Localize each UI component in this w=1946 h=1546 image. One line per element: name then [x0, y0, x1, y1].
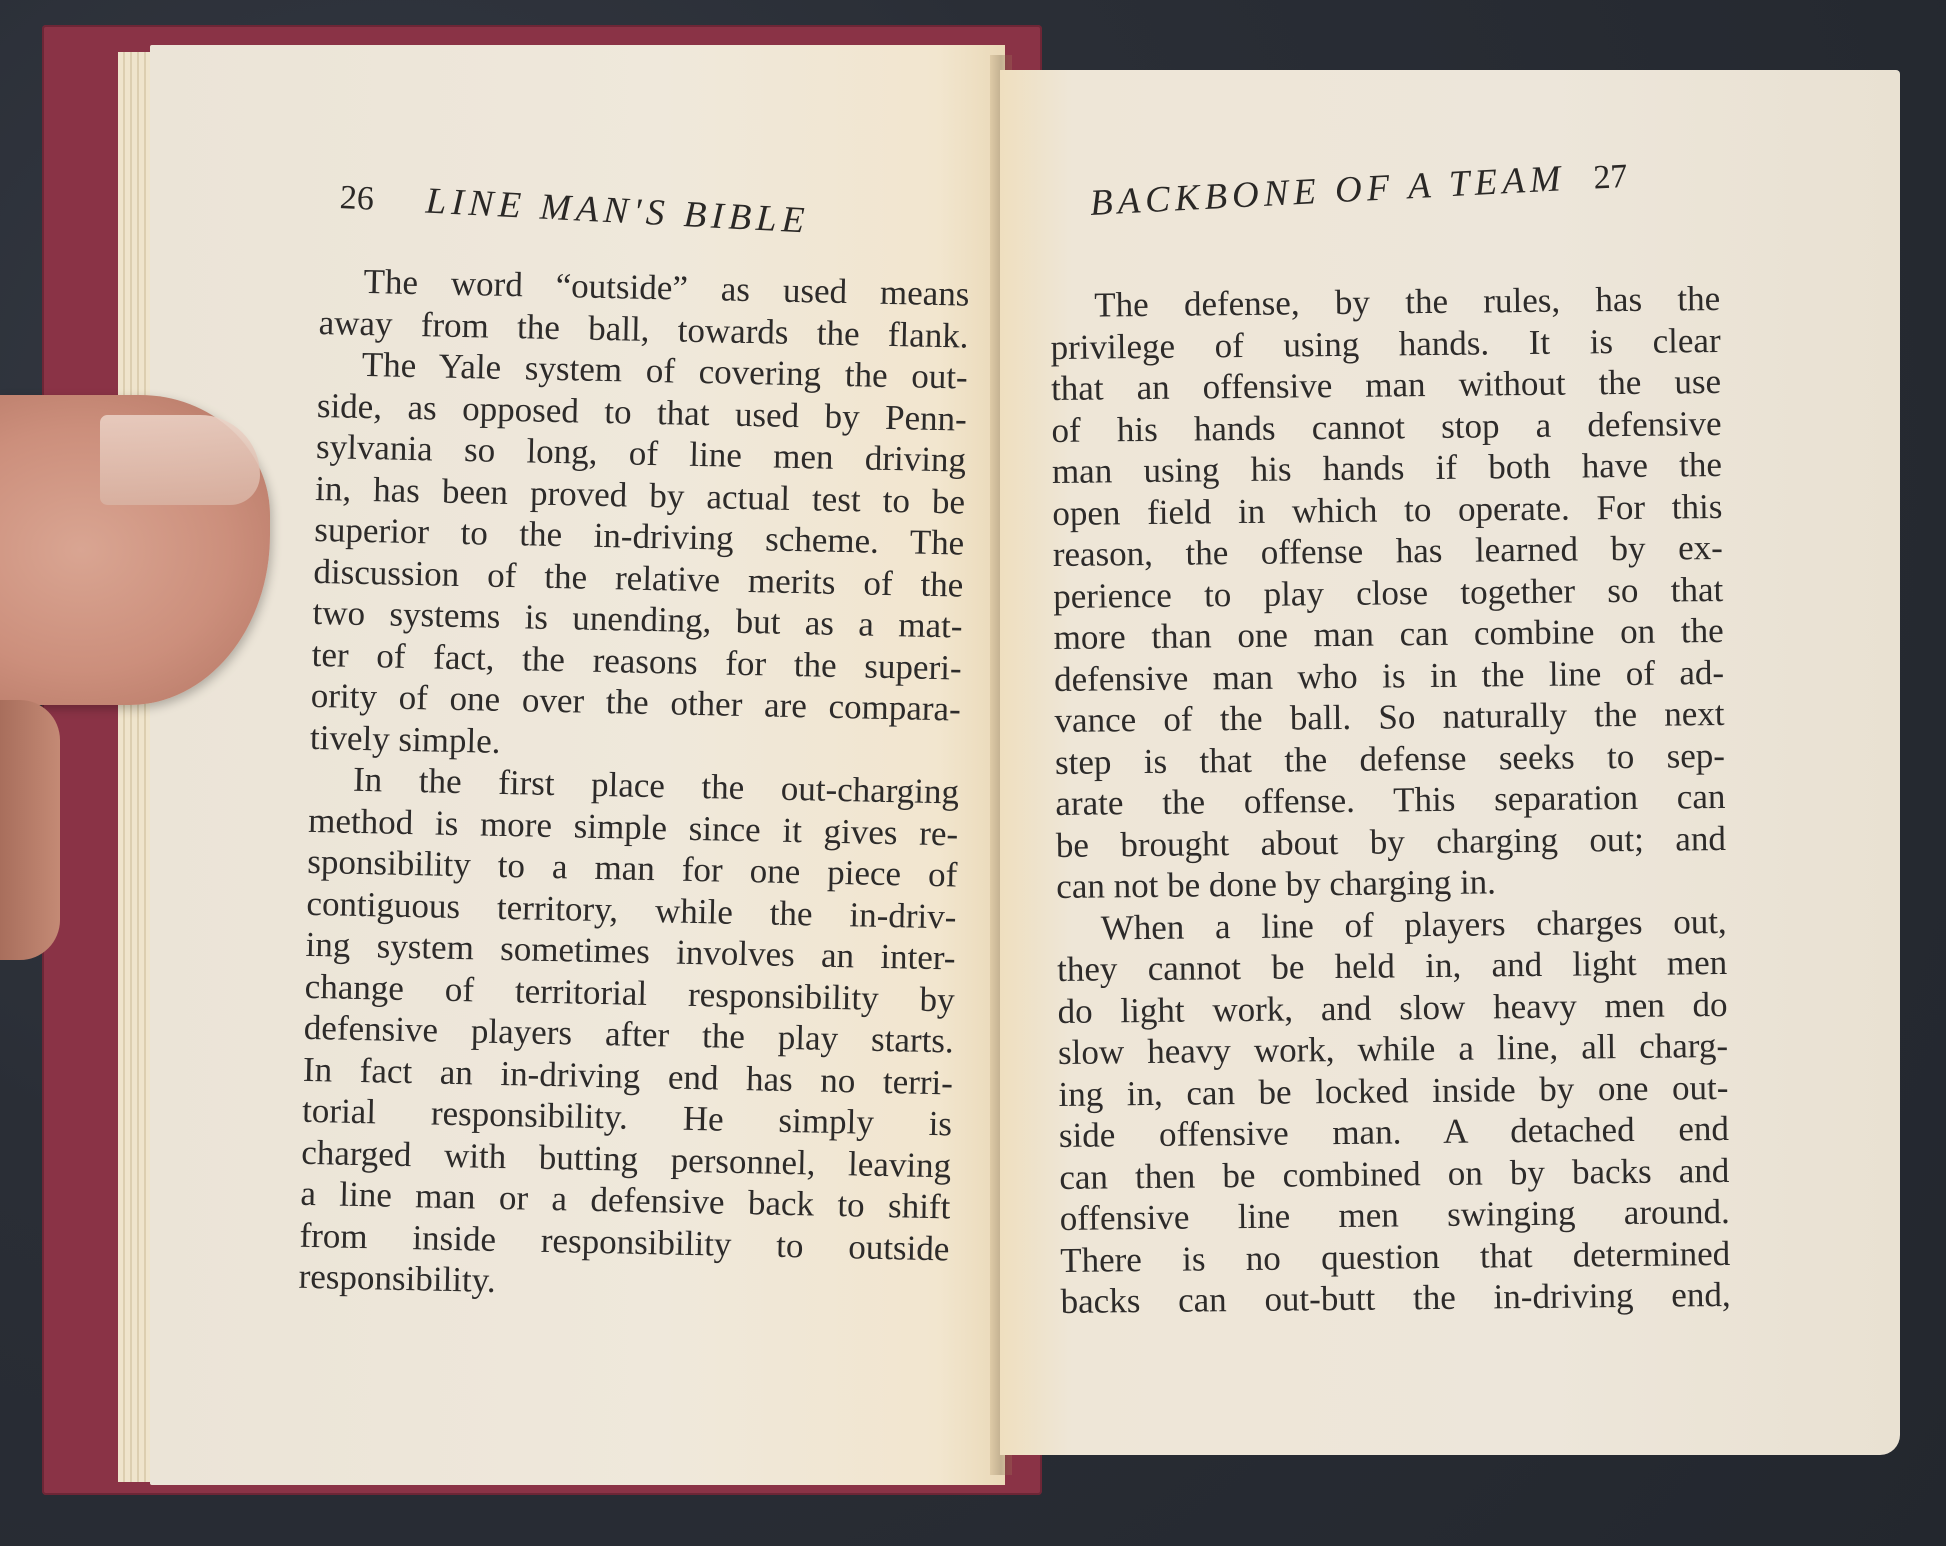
text-line: side offensive man. A detached end [1059, 1108, 1729, 1157]
left-page: 26LINE MAN'S BIBLE The word “outside” as… [150, 45, 1005, 1485]
text-line: ing in, can be locked inside by one out- [1058, 1066, 1728, 1115]
text-line: defensive man who is in the line of ad- [1054, 651, 1724, 700]
text-line: When a line of players charges out, [1057, 900, 1727, 949]
right-page-number: 27 [1593, 158, 1629, 197]
text-line: do light work, and slow heavy men do [1057, 983, 1727, 1032]
text-line: step is that the defense seeks to sep- [1055, 734, 1725, 783]
text-line: perience to play close together so that [1053, 568, 1723, 617]
holding-finger [0, 700, 60, 960]
text-line: There is no question that determined [1060, 1232, 1730, 1281]
text-line: they cannot be held in, and light men [1057, 942, 1727, 991]
text-line: open field in which to operate. For this [1052, 485, 1722, 534]
left-body-text: The word “outside” as used means away fr… [298, 260, 970, 1311]
text-line: can not be done by charging in. [1056, 859, 1726, 908]
text-line: that an offensive man without the use [1051, 361, 1721, 410]
text-line: offensive line men swinging around. [1060, 1191, 1730, 1240]
left-page-number: 26 [339, 179, 375, 218]
right-running-head: BACKBONE OF A TEAM27 [1089, 154, 1629, 225]
text-line: man using his hands if both have the [1052, 444, 1722, 493]
text-line: more than one man can combine on the [1053, 610, 1723, 659]
right-page: BACKBONE OF A TEAM27 The defense, by the… [1000, 70, 1900, 1455]
text-line: can then be combined on by backs and [1059, 1149, 1729, 1198]
right-body-text: The defense, by the rules, has the privi… [1050, 278, 1731, 1322]
text-line: The defense, by the rules, has the [1050, 278, 1720, 327]
text-line: be brought about by charging out; and [1056, 817, 1726, 866]
text-line: reason, the offense has learned by ex- [1053, 527, 1723, 576]
left-running-title: LINE MAN'S BIBLE [425, 181, 811, 242]
right-running-title: BACKBONE OF A TEAM [1089, 158, 1567, 224]
text-line: arate the offense. This separation can [1055, 776, 1725, 825]
text-line: of his hands cannot stop a defensive [1051, 402, 1721, 451]
text-line: vance of the ball. So naturally the next [1054, 693, 1724, 742]
text-line: slow heavy work, while a line, all charg… [1058, 1025, 1728, 1074]
text-line: privilege of using hands. It is clear [1050, 319, 1720, 368]
left-running-head: 26LINE MAN'S BIBLE [339, 175, 811, 243]
thumbnail-nail [100, 415, 260, 505]
text-line: backs can out-butt the in-driving end, [1060, 1274, 1730, 1323]
